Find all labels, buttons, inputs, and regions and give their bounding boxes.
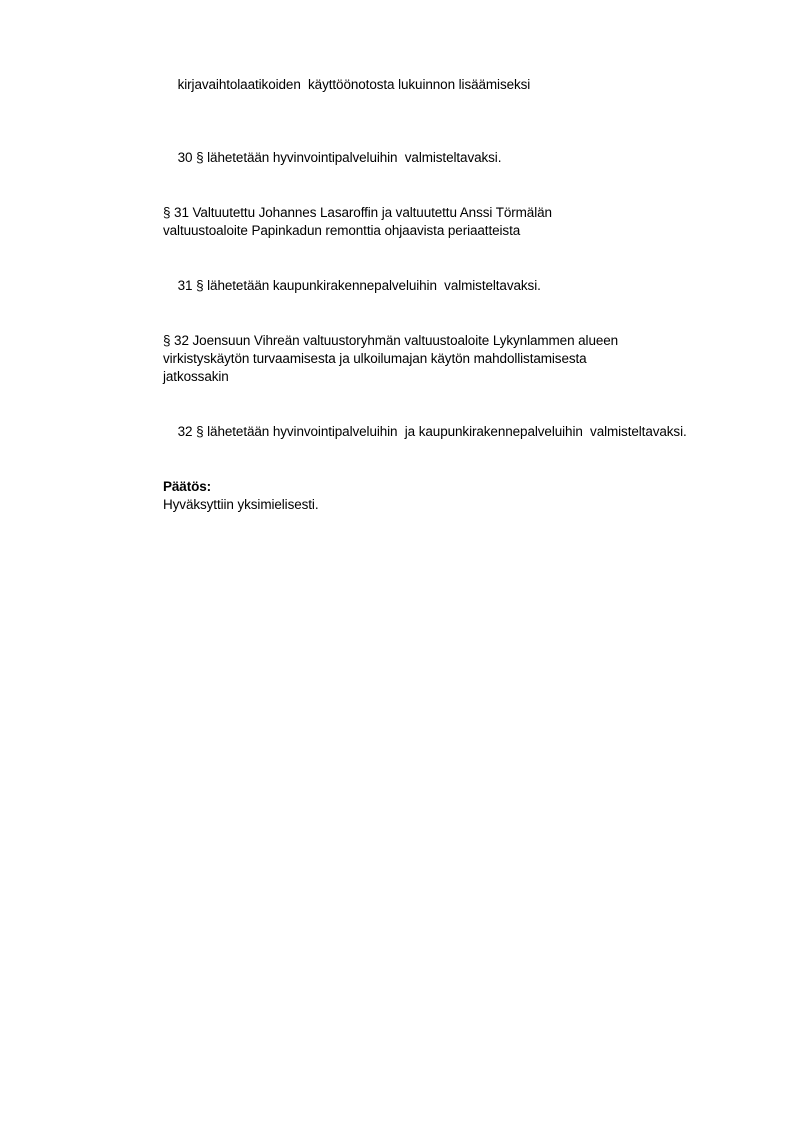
decision-heading: Päätös: — [163, 478, 763, 496]
text-line: valtuustoaloite Papinkadun remonttia ohj… — [163, 223, 520, 238]
text-line: 32 § lähetetään hyvinvointipalveluihin j… — [178, 424, 687, 439]
decision-text: Hyväksyttiin yksimielisesti. — [163, 496, 763, 514]
text-line: kirjavaihtolaatikoiden käyttöönotosta lu… — [178, 77, 531, 92]
paragraph-31-referral: 31 § lähetetään kaupunkirakennepalveluih… — [163, 259, 763, 313]
text-line: § 31 Valtuutettu Johannes Lasaroffin ja … — [163, 205, 552, 220]
text-line: 30 § lähetetään hyvinvointipalveluihin v… — [178, 150, 502, 165]
text-line: § 32 Joensuun Vihreän valtuustoryhmän va… — [163, 333, 618, 348]
paragraph-32-referral: 32 § lähetetään hyvinvointipalveluihin j… — [163, 405, 763, 459]
text-line: virkistyskäytön turvaamisesta ja ulkoilu… — [163, 351, 587, 366]
document-page: kirjavaihtolaatikoiden käyttöönotosta lu… — [163, 58, 763, 514]
paragraph-30-referral: 30 § lähetetään hyvinvointipalveluihin v… — [163, 131, 763, 185]
paragraph-intro-line: kirjavaihtolaatikoiden käyttöönotosta lu… — [163, 58, 763, 112]
paragraph-31-initiative: § 31 Valtuutettu Johannes Lasaroffin ja … — [163, 204, 763, 240]
text-line: 31 § lähetetään kaupunkirakennepalveluih… — [178, 278, 541, 293]
text-line: jatkossakin — [163, 369, 229, 384]
paragraph-32-initiative: § 32 Joensuun Vihreän valtuustoryhmän va… — [163, 332, 763, 386]
